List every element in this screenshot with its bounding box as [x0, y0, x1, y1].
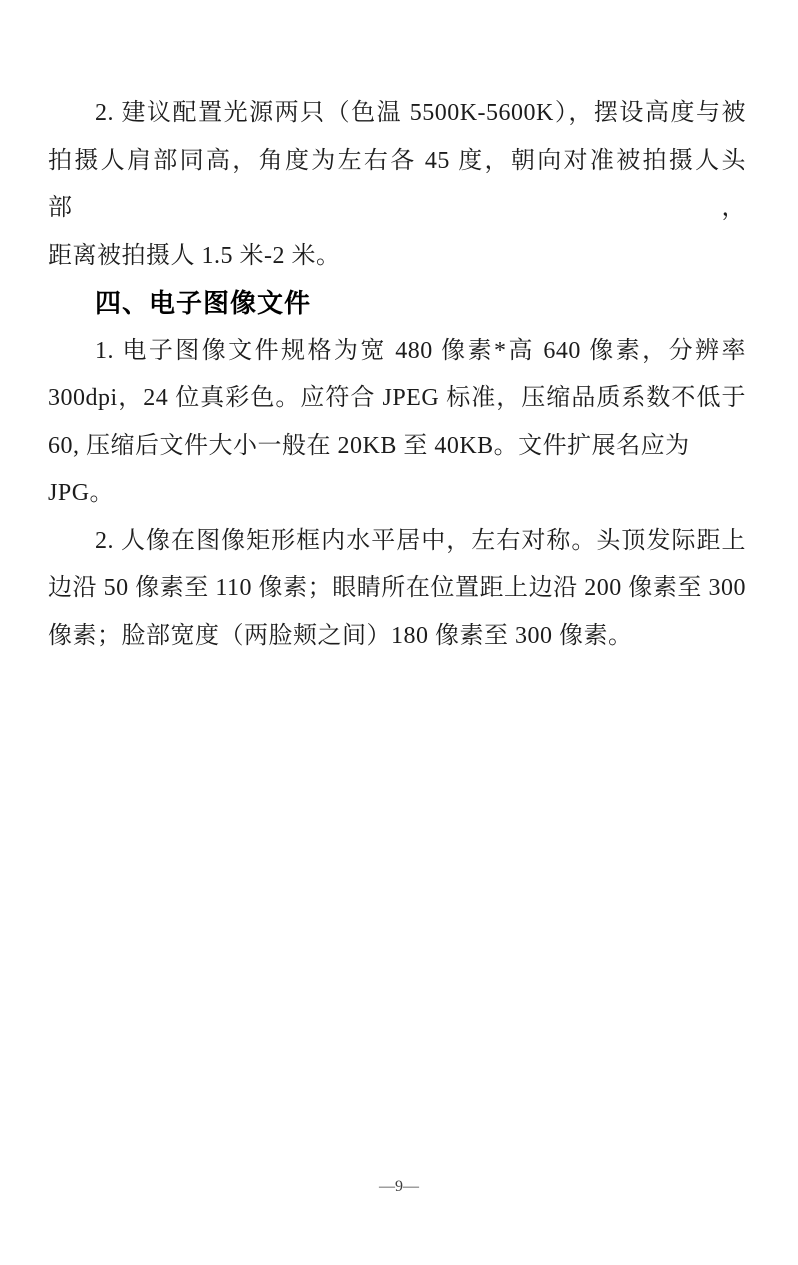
text-line: 距离被拍摄人 1.5 米-2 米。 [48, 233, 746, 281]
text-line: 1. 电子图像文件规格为宽 480 像素*高 640 像素，分辨率 [48, 328, 746, 376]
text-line: 拍摄人肩部同高，角度为左右各 45 度，朝向对准被拍摄人头部， [48, 138, 746, 233]
document-page: 2. 建议配置光源两只（色温 5500K-5600K），摆设高度与被拍摄人肩部同… [0, 0, 798, 1265]
section-heading: 四、电子图像文件 [48, 280, 746, 328]
paragraph: 2. 人像在图像矩形框内水平居中，左右对称。头顶发际距上边沿 50 像素至 11… [48, 518, 746, 661]
page-number: —9— [379, 1178, 419, 1195]
text-line: 2. 建议配置光源两只（色温 5500K-5600K），摆设高度与被 [48, 90, 746, 138]
paragraph: 1. 电子图像文件规格为宽 480 像素*高 640 像素，分辨率300dpi，… [48, 328, 746, 518]
document-content: 2. 建议配置光源两只（色温 5500K-5600K），摆设高度与被拍摄人肩部同… [48, 90, 746, 660]
heading-line: 四、电子图像文件 [48, 280, 746, 328]
text-line: 2. 人像在图像矩形框内水平居中，左右对称。头顶发际距上 [48, 518, 746, 566]
text-line: 边沿 50 像素至 110 像素；眼睛所在位置距上边沿 200 像素至 300 [48, 565, 746, 613]
page-footer: —9— [0, 1176, 798, 1198]
text-line: 300dpi，24 位真彩色。应符合 JPEG 标准，压缩品质系数不低于 [48, 375, 746, 423]
text-line: 像素；脸部宽度（两脸颊之间）180 像素至 300 像素。 [48, 613, 746, 661]
text-line: 60, 压缩后文件大小一般在 20KB 至 40KB。文件扩展名应为 JPG。 [48, 423, 746, 518]
paragraph: 2. 建议配置光源两只（色温 5500K-5600K），摆设高度与被拍摄人肩部同… [48, 90, 746, 280]
